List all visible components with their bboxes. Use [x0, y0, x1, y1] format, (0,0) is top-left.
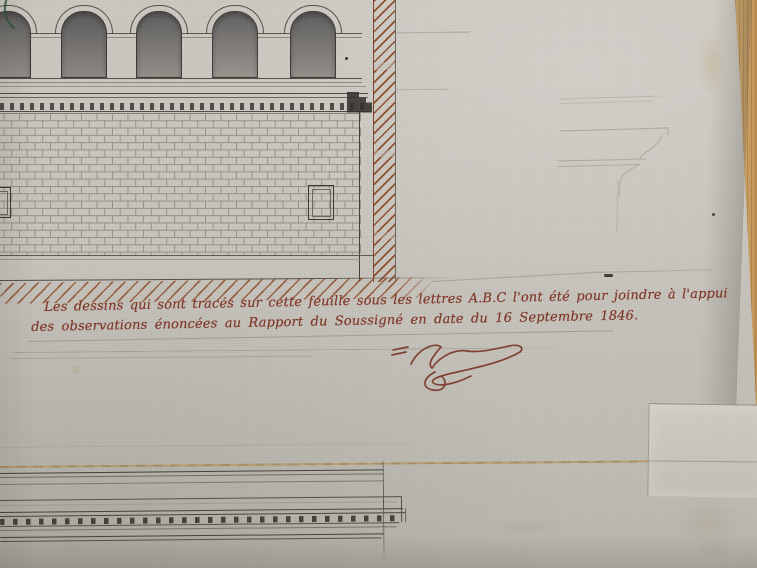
signature-flourish: [383, 334, 558, 392]
cornice-right-edge: [383, 461, 384, 469]
stain: [70, 365, 82, 375]
arched-window: [136, 11, 182, 78]
plinth-line-2: [0, 259, 360, 260]
cornice-step-edge: [405, 508, 406, 522]
plinth-line: [0, 255, 374, 256]
green-ink-stain: [0, 0, 18, 34]
pencil-mark: [604, 274, 613, 277]
dentil-row-top: [0, 103, 368, 110]
paper-patch: [647, 403, 757, 498]
stain: [695, 540, 737, 562]
stain: [148, 146, 156, 153]
stain: [306, 243, 315, 251]
section-hatch-strip: [373, 0, 396, 282]
archival-drawing-photo: Les dessins qui sont tracés sur cette fe…: [0, 0, 757, 568]
capital-profile-sketch: [550, 90, 680, 240]
arched-window: [290, 11, 336, 78]
arcade-elevation: [0, 0, 460, 320]
brick-wall: [0, 113, 361, 256]
wall-vent-inner: [0, 191, 8, 215]
arched-window: [61, 11, 107, 78]
smudge: [492, 518, 564, 536]
wall-vent: [0, 187, 11, 218]
patch-crease: [649, 460, 757, 462]
wall-vent: [308, 185, 334, 220]
ink-speck: [345, 57, 348, 60]
cornice-elevation: [0, 436, 421, 568]
ink-speck: [712, 213, 715, 216]
stain: [698, 28, 726, 100]
wall-vent-inner: [312, 189, 331, 217]
cornice-horizontal-lines: [0, 436, 410, 550]
arched-window: [212, 11, 258, 78]
